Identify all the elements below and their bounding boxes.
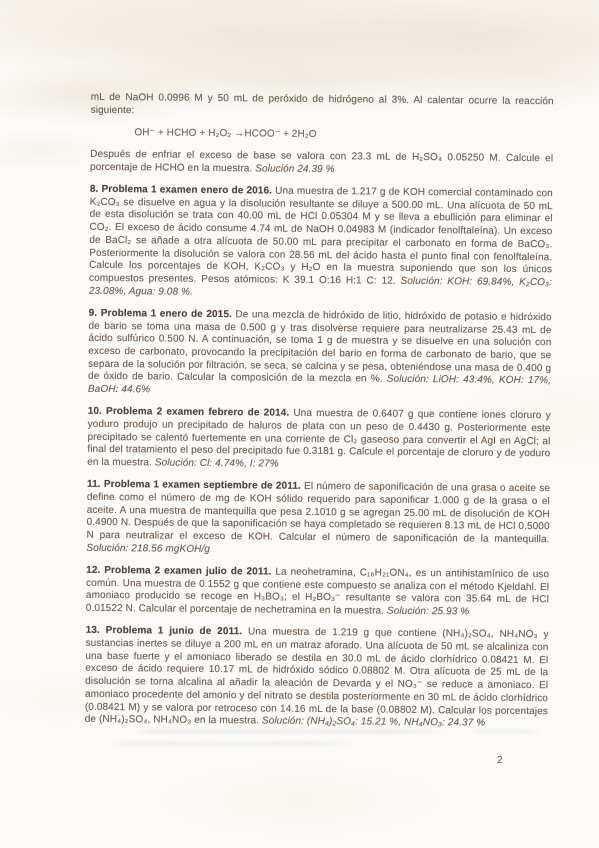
post-equation-paragraph: Después de enfriar el exceso de base se … <box>90 149 553 179</box>
problem-10-solution: Solución: Cl: 4.74%, I: 27% <box>155 458 279 470</box>
problem-13-title: 13. Problema 1 junio de 2011. <box>86 625 243 638</box>
chemical-equation: OH⁻ + HCHO + H₂O₂ →HCOO⁻ + 2H₂O <box>134 127 553 144</box>
intro-paragraph: mL de NaOH 0.0996 M y 50 mL de peróxido … <box>91 92 554 122</box>
problem-10-title: 10. Problema 2 examen febrero de 2014. <box>88 406 290 419</box>
problem-11-solution: Solución: 218.56 mgKOH/g <box>86 543 210 555</box>
page-number: 2 <box>497 755 503 766</box>
solution-text: Solución 24.39 % <box>255 163 335 175</box>
problem-12-solution: Solución: 25.93 % <box>387 606 469 618</box>
problem-11-title: 11. Problema 1 examen septiembre de 2011… <box>87 479 301 492</box>
problem-8-title: 8. Problema 1 examen enero de 2016. <box>90 184 272 197</box>
problem-13-body: Una muestra de 1.219 g que contiene (NH₄… <box>85 627 549 727</box>
problem-8-body: Una muestra de 1.217 g de KOH comercial … <box>89 186 553 287</box>
problem-11: 11. Problema 1 examen septiembre de 2011… <box>86 479 550 560</box>
problem-9-title: 9. Problema 1 enero de 2015. <box>89 308 232 320</box>
problem-12-title: 12. Problema 2 examen julio de 2011. <box>86 565 271 578</box>
problem-12: 12. Problema 2 examen julio de 2011. La … <box>86 565 549 620</box>
problem-11-body: El número de saponificación de una grasa… <box>86 481 550 545</box>
problem-9: 9. Problema 1 enero de 2015. De una mezc… <box>88 308 552 401</box>
page-content: mL de NaOH 0.0996 M y 50 mL de peróxido … <box>85 92 554 741</box>
problem-13: 13. Problema 1 junio de 2011. Una muestr… <box>85 625 549 731</box>
problem-13-solution: Solución: (NH₄)₂SO₄: 15.21 %, NH₄NO₃: 24… <box>262 716 485 729</box>
problem-8: 8. Problema 1 examen enero de 2016. Una … <box>89 184 553 303</box>
scanned-exam-page: mL de NaOH 0.0996 M y 50 mL de peróxido … <box>0 0 599 848</box>
bleed-through-smudge <box>110 741 360 746</box>
problem-10: 10. Problema 2 examen febrero de 2014. U… <box>87 406 551 474</box>
